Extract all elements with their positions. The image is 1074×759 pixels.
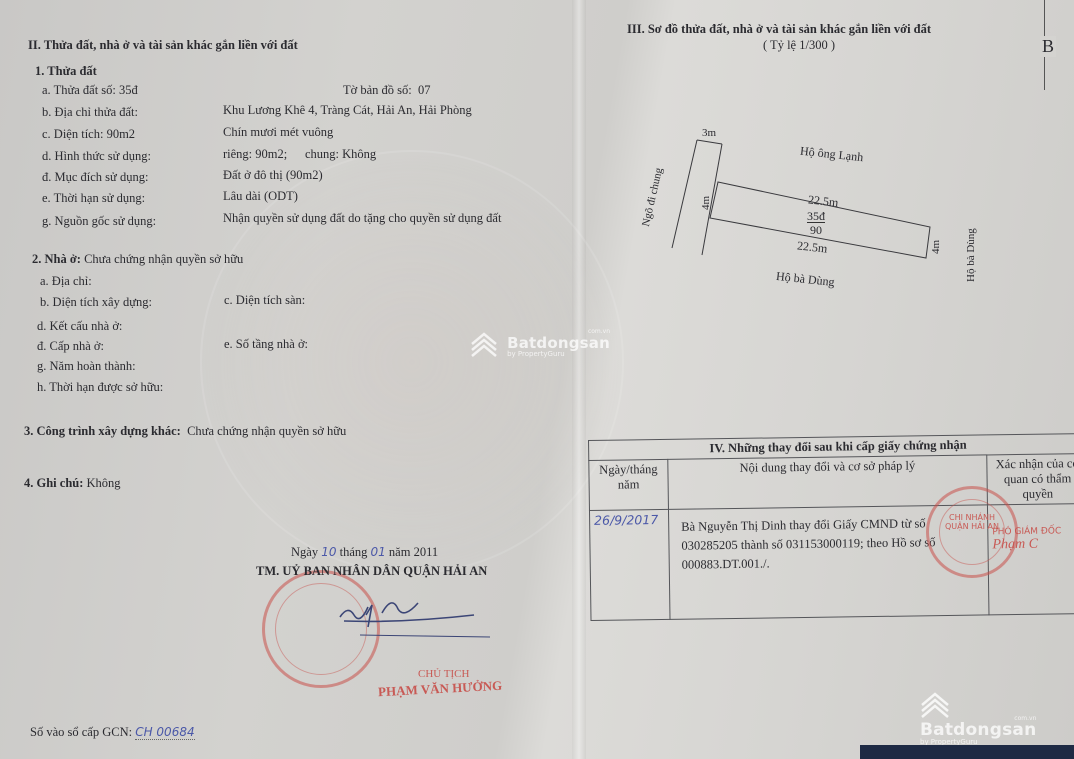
house-row: 2. Nhà ở: Chưa chứng nhận quyền sở hữu bbox=[32, 252, 243, 267]
built-area-label: b. Diện tích xây dựng: bbox=[40, 295, 152, 310]
registry-label: Số vào sổ cấp GCN: bbox=[30, 725, 132, 739]
signer-name: PHẠM VĂN HƯỞNG bbox=[378, 678, 503, 700]
month-prefix: tháng bbox=[340, 545, 368, 559]
branch-seal-text: CHI NHÁNH QUẬN HẢI AN bbox=[945, 513, 999, 531]
parcel-no-row: a. Thửa đất số: 35đ bbox=[42, 83, 138, 98]
alley-width: 3m bbox=[702, 127, 716, 139]
batdongsan-logo-icon bbox=[470, 332, 498, 358]
completion-label: g. Năm hoàn thành: bbox=[37, 359, 136, 374]
usage-shared: chung: Không bbox=[305, 147, 376, 162]
origin-label: g. Nguồn gốc sử dụng: bbox=[42, 214, 156, 229]
ownership-term-label: h. Thời hạn được sở hữu: bbox=[37, 380, 163, 395]
back-width: 4m bbox=[930, 240, 942, 254]
east-neighbor: Hộ bà Dùng bbox=[965, 228, 977, 282]
structure-label: d. Kết cấu nhà ở: bbox=[37, 319, 122, 334]
batdongsan-logo-icon bbox=[920, 692, 950, 720]
land-heading: 1. Thửa đất bbox=[35, 64, 97, 79]
chairman-title: CHỦ TỊCH bbox=[418, 668, 469, 680]
address-value: Khu Lương Khê 4, Tràng Cát, Hải An, Hải … bbox=[223, 103, 472, 118]
sign-year: 2011 bbox=[414, 545, 439, 559]
scale-label: ( Tỷ lệ 1/300 ) bbox=[763, 38, 835, 53]
map-sheet-label: Tờ bản đồ số: bbox=[343, 83, 412, 97]
sign-month: 01 bbox=[371, 545, 386, 559]
col-date-header: Ngày/tháng năm bbox=[589, 459, 669, 510]
registry-row: Số vào sổ cấp GCN: CH 00684 bbox=[30, 725, 195, 740]
usage-private: riêng: 90m2; bbox=[223, 147, 287, 162]
date-prefix: Ngày bbox=[291, 545, 318, 559]
term-label: e. Thời hạn sử dụng: bbox=[42, 191, 145, 206]
top-length: 22.5m bbox=[807, 192, 839, 210]
authority-name: TM. UỶ BAN NHÂN DÂN QUẬN HẢI AN bbox=[256, 564, 487, 579]
corner-letter: B bbox=[1040, 36, 1056, 57]
map-sheet-value: 07 bbox=[418, 83, 431, 97]
area-label: c. Diện tích: 90m2 bbox=[42, 127, 135, 142]
other-works-status: Chưa chứng nhận quyền sở hữu bbox=[187, 424, 346, 438]
parcel-no-label: a. Thửa đất số: bbox=[42, 83, 116, 97]
sign-day: 10 bbox=[321, 545, 336, 559]
term-value: Lâu dài (ODT) bbox=[223, 189, 298, 204]
usage-form-label: d. Hình thức sử dụng: bbox=[42, 149, 151, 164]
watermark-center: com.vn Batdongsan by PropertyGuru bbox=[470, 332, 610, 358]
section-iii-title: III. Sơ đồ thửa đất, nhà ở và tài sản kh… bbox=[627, 22, 931, 37]
branch-seal-stamp: CHI NHÁNH QUẬN HẢI AN bbox=[926, 486, 1018, 578]
floor-area-label: c. Diện tích sàn: bbox=[224, 293, 305, 308]
watermark-brand: Batdongsan bbox=[507, 334, 610, 352]
purpose-label: đ. Mục đích sử dụng: bbox=[42, 170, 148, 185]
notes-value: Không bbox=[87, 476, 121, 490]
sign-date: Ngày 10 tháng 01 năm 2011 bbox=[291, 545, 438, 560]
year-prefix: năm bbox=[389, 545, 411, 559]
parcel-id: 35đ bbox=[807, 210, 825, 223]
bottom-length: 22.5m bbox=[796, 238, 828, 256]
other-works-row: 3. Công trình xây dựng khác: Chưa chứng … bbox=[24, 424, 346, 439]
parcel-no-value: 35đ bbox=[119, 83, 138, 97]
watermark-domain: com.vn bbox=[588, 328, 610, 335]
notes-row: 4. Ghi chú: Không bbox=[24, 476, 121, 491]
address-label: b. Địa chỉ thửa đất: bbox=[42, 105, 138, 120]
map-sheet-row: Tờ bản đồ số: 07 bbox=[343, 83, 431, 98]
watermark-brand: Batdongsan bbox=[920, 720, 1036, 740]
watermark-corner: com.vn Batdongsan by PropertyGuru bbox=[920, 692, 1074, 746]
signature-scribble bbox=[330, 595, 500, 645]
grade-label: đ. Cấp nhà ở: bbox=[37, 339, 104, 354]
watermark-domain: com.vn bbox=[1014, 715, 1036, 722]
background-surface bbox=[860, 745, 1074, 759]
house-heading: 2. Nhà ở: bbox=[32, 252, 81, 266]
house-status: Chưa chứng nhận quyền sở hữu bbox=[84, 252, 243, 266]
purpose-value: Đất ở đô thị (90m2) bbox=[223, 168, 323, 183]
parcel-area: 90 bbox=[810, 223, 822, 238]
change-date: 26/9/2017 bbox=[589, 509, 670, 620]
house-address-label: a. Địa chỉ: bbox=[40, 274, 92, 289]
registry-no: CH 00684 bbox=[135, 725, 194, 740]
section-ii-title: II. Thửa đất, nhà ở và tài sản khác gắn … bbox=[28, 38, 298, 53]
other-works-heading: 3. Công trình xây dựng khác: bbox=[24, 424, 181, 438]
notes-heading: 4. Ghi chú: bbox=[24, 476, 83, 490]
floors-label: e. Số tầng nhà ở: bbox=[224, 337, 308, 352]
area-words: Chín mươi mét vuông bbox=[223, 125, 333, 140]
front-width: 4m bbox=[700, 196, 712, 210]
origin-value: Nhận quyền sử dụng đất do tặng cho quyền… bbox=[223, 211, 501, 226]
